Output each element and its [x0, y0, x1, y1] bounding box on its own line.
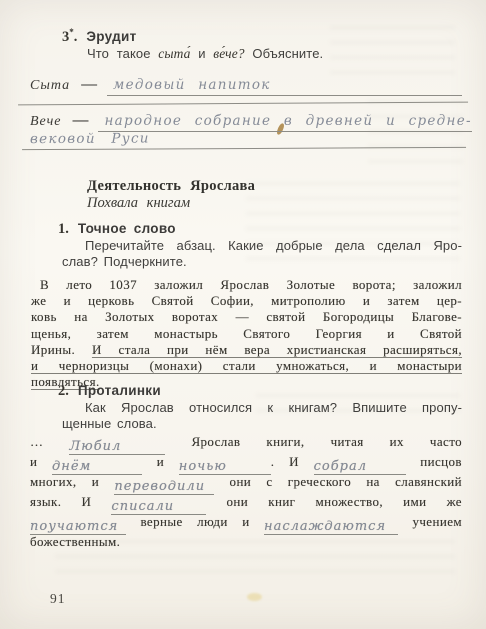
fill-in-blank[interactable]: списали — [111, 498, 206, 515]
text-segment: и — [157, 454, 164, 469]
reading-passage: В лето 1037 заложил Ярослав Золотые воро… — [31, 277, 462, 390]
underlined-text: и черноризцы (монахи) стали умножаться, … — [31, 358, 462, 373]
paper-stain — [247, 593, 262, 601]
text-segment: и — [30, 454, 37, 469]
text-segment: же и церковь Святой Софии, митрополию и … — [31, 293, 462, 308]
question-term: ве́че? — [213, 46, 244, 61]
section-heading: Деятельность Ярослава Похвала книгам — [87, 178, 255, 212]
exercise3-number: 3*. — [62, 27, 77, 46]
page-number: 91 — [50, 591, 66, 607]
text-segment: божественным. — [30, 534, 120, 549]
text-line: слав? Подчеркните. — [62, 254, 462, 270]
text-line: и днём и ночью. И собрал писцов — [30, 452, 462, 472]
handwritten-answer: собрал — [314, 459, 367, 474]
exercise3-question: Что такое сыта́ и ве́че? Объясните. — [87, 46, 463, 62]
text-segment: щенные слова. — [62, 416, 157, 431]
text-line: многих, и переводили они с греческого на… — [30, 472, 462, 492]
text-segment: В лето 1037 заложил Ярослав Золотые воро… — [40, 277, 462, 292]
text-line: Ирины. И стала при нём вера христианская… — [31, 342, 462, 358]
text-line: … Любил Ярослав книги, читая их часто — [30, 432, 462, 452]
text-line: ковь на Золотых воротах — святой Богород… — [31, 309, 462, 325]
text-segment: они книг множество, ими же — [227, 494, 462, 509]
question-text: Объясните. — [252, 46, 323, 61]
fill-in-blank[interactable]: переводили — [114, 478, 214, 495]
exercise3-title: Эрудит — [86, 29, 136, 44]
text-segment: . И — [271, 454, 299, 469]
handwritten-answer: переводили — [114, 479, 205, 494]
term-label: Вече — [30, 114, 61, 130]
underlined-text: И стала при нём вера христианская расшир… — [92, 342, 462, 357]
fill-in-blank[interactable]: днём — [52, 458, 142, 475]
text-line: В лето 1037 заложил Ярослав Золотые воро… — [31, 277, 462, 293]
fill-in-blank[interactable]: собрал — [314, 458, 406, 475]
dash: — — [72, 112, 88, 130]
cloze-text: … Любил Ярослав книги, читая их частои д… — [30, 432, 462, 551]
text-line: Как Ярослав относился к книгам? Впишите … — [62, 400, 462, 416]
handwritten-answer: наслаждаются — [264, 519, 386, 534]
text-segment: щенья, затем монастырь Святого Георгия и… — [31, 326, 462, 341]
question-text: и — [198, 46, 205, 61]
text-line: же и церковь Святой Софии, митрополию и … — [31, 293, 462, 309]
exercise2-title: Проталинки — [78, 383, 161, 398]
text-segment: Ярослав книги, читая их часто — [191, 434, 462, 449]
exercise2-header: 2. Проталинки — [58, 383, 161, 400]
handwritten-answer: ночью — [179, 459, 227, 474]
text-line: щенья, затем монастырь Святого Георгия и… — [31, 326, 462, 342]
exercise2-instruction: Как Ярослав относился к книгам? Впишите … — [62, 400, 462, 432]
fill-in-blank[interactable]: поучаются — [30, 518, 126, 535]
text-segment: они с греческого на славянский — [230, 474, 462, 489]
text-line: щенные слова. — [62, 416, 462, 432]
text-line: язык. И списали они книг множество, ими … — [30, 492, 462, 512]
text-segment: писцов — [420, 454, 462, 469]
text-segment: Ирины. — [31, 342, 75, 357]
exercise1-instruction: Перечитайте абзац. Какие добрые дела сде… — [62, 238, 462, 270]
workbook-page: 3*. Эрудит Что такое сыта́ и ве́че? Объя… — [0, 0, 486, 629]
text-segment: учением — [412, 514, 462, 529]
text-segment: язык. И — [30, 494, 91, 509]
text-line: и черноризцы (монахи) стали умножаться, … — [31, 358, 462, 374]
handwritten-answer: поучаются — [30, 519, 118, 534]
handwritten-answer-continuation: вековой Руси — [22, 130, 150, 147]
handwritten-answer: народное собрание в древней и средне- — [104, 113, 471, 129]
text-line: Перечитайте абзац. Какие добрые дела сде… — [62, 238, 462, 254]
text-segment: слав? Подчеркните. — [62, 254, 187, 269]
text-line: поучаются верные люди и наслаждаются уче… — [30, 512, 462, 532]
exercise2-number: 2. — [58, 383, 69, 400]
question-term: сыта́ — [158, 46, 190, 61]
handwritten-answer: Любил — [69, 439, 121, 454]
exercise1-title: Точное слово — [78, 221, 176, 236]
text-segment: верные люди и — [140, 514, 249, 529]
section-subtitle: Похвала книгам — [87, 195, 255, 212]
ruled-line[interactable] — [18, 83, 468, 106]
text-segment: Как Ярослав относился к книгам? Впишите … — [85, 400, 462, 415]
fill-in-blank[interactable]: ночью — [179, 458, 271, 475]
section-title: Деятельность Ярослава — [87, 178, 255, 195]
exercise3-header: 3*. Эрудит — [62, 27, 137, 46]
handwritten-answer: днём — [52, 459, 91, 474]
text-segment: Перечитайте абзац. Какие добрые дела сде… — [85, 238, 462, 253]
question-text: Что такое — [87, 46, 151, 61]
text-segment: … — [30, 434, 43, 449]
exercise1-number: 1. — [58, 221, 69, 238]
fill-in-blank[interactable]: наслаждаются — [264, 518, 398, 535]
ruled-line[interactable]: вековой Руси — [22, 128, 466, 150]
text-segment: многих, и — [30, 474, 99, 489]
text-segment: ковь на Золотых воротах — святой Богород… — [31, 309, 462, 324]
fill-in-blank[interactable]: Любил — [69, 438, 165, 455]
exercise1-header: 1. Точное слово — [58, 221, 176, 238]
handwritten-answer: списали — [111, 499, 174, 514]
